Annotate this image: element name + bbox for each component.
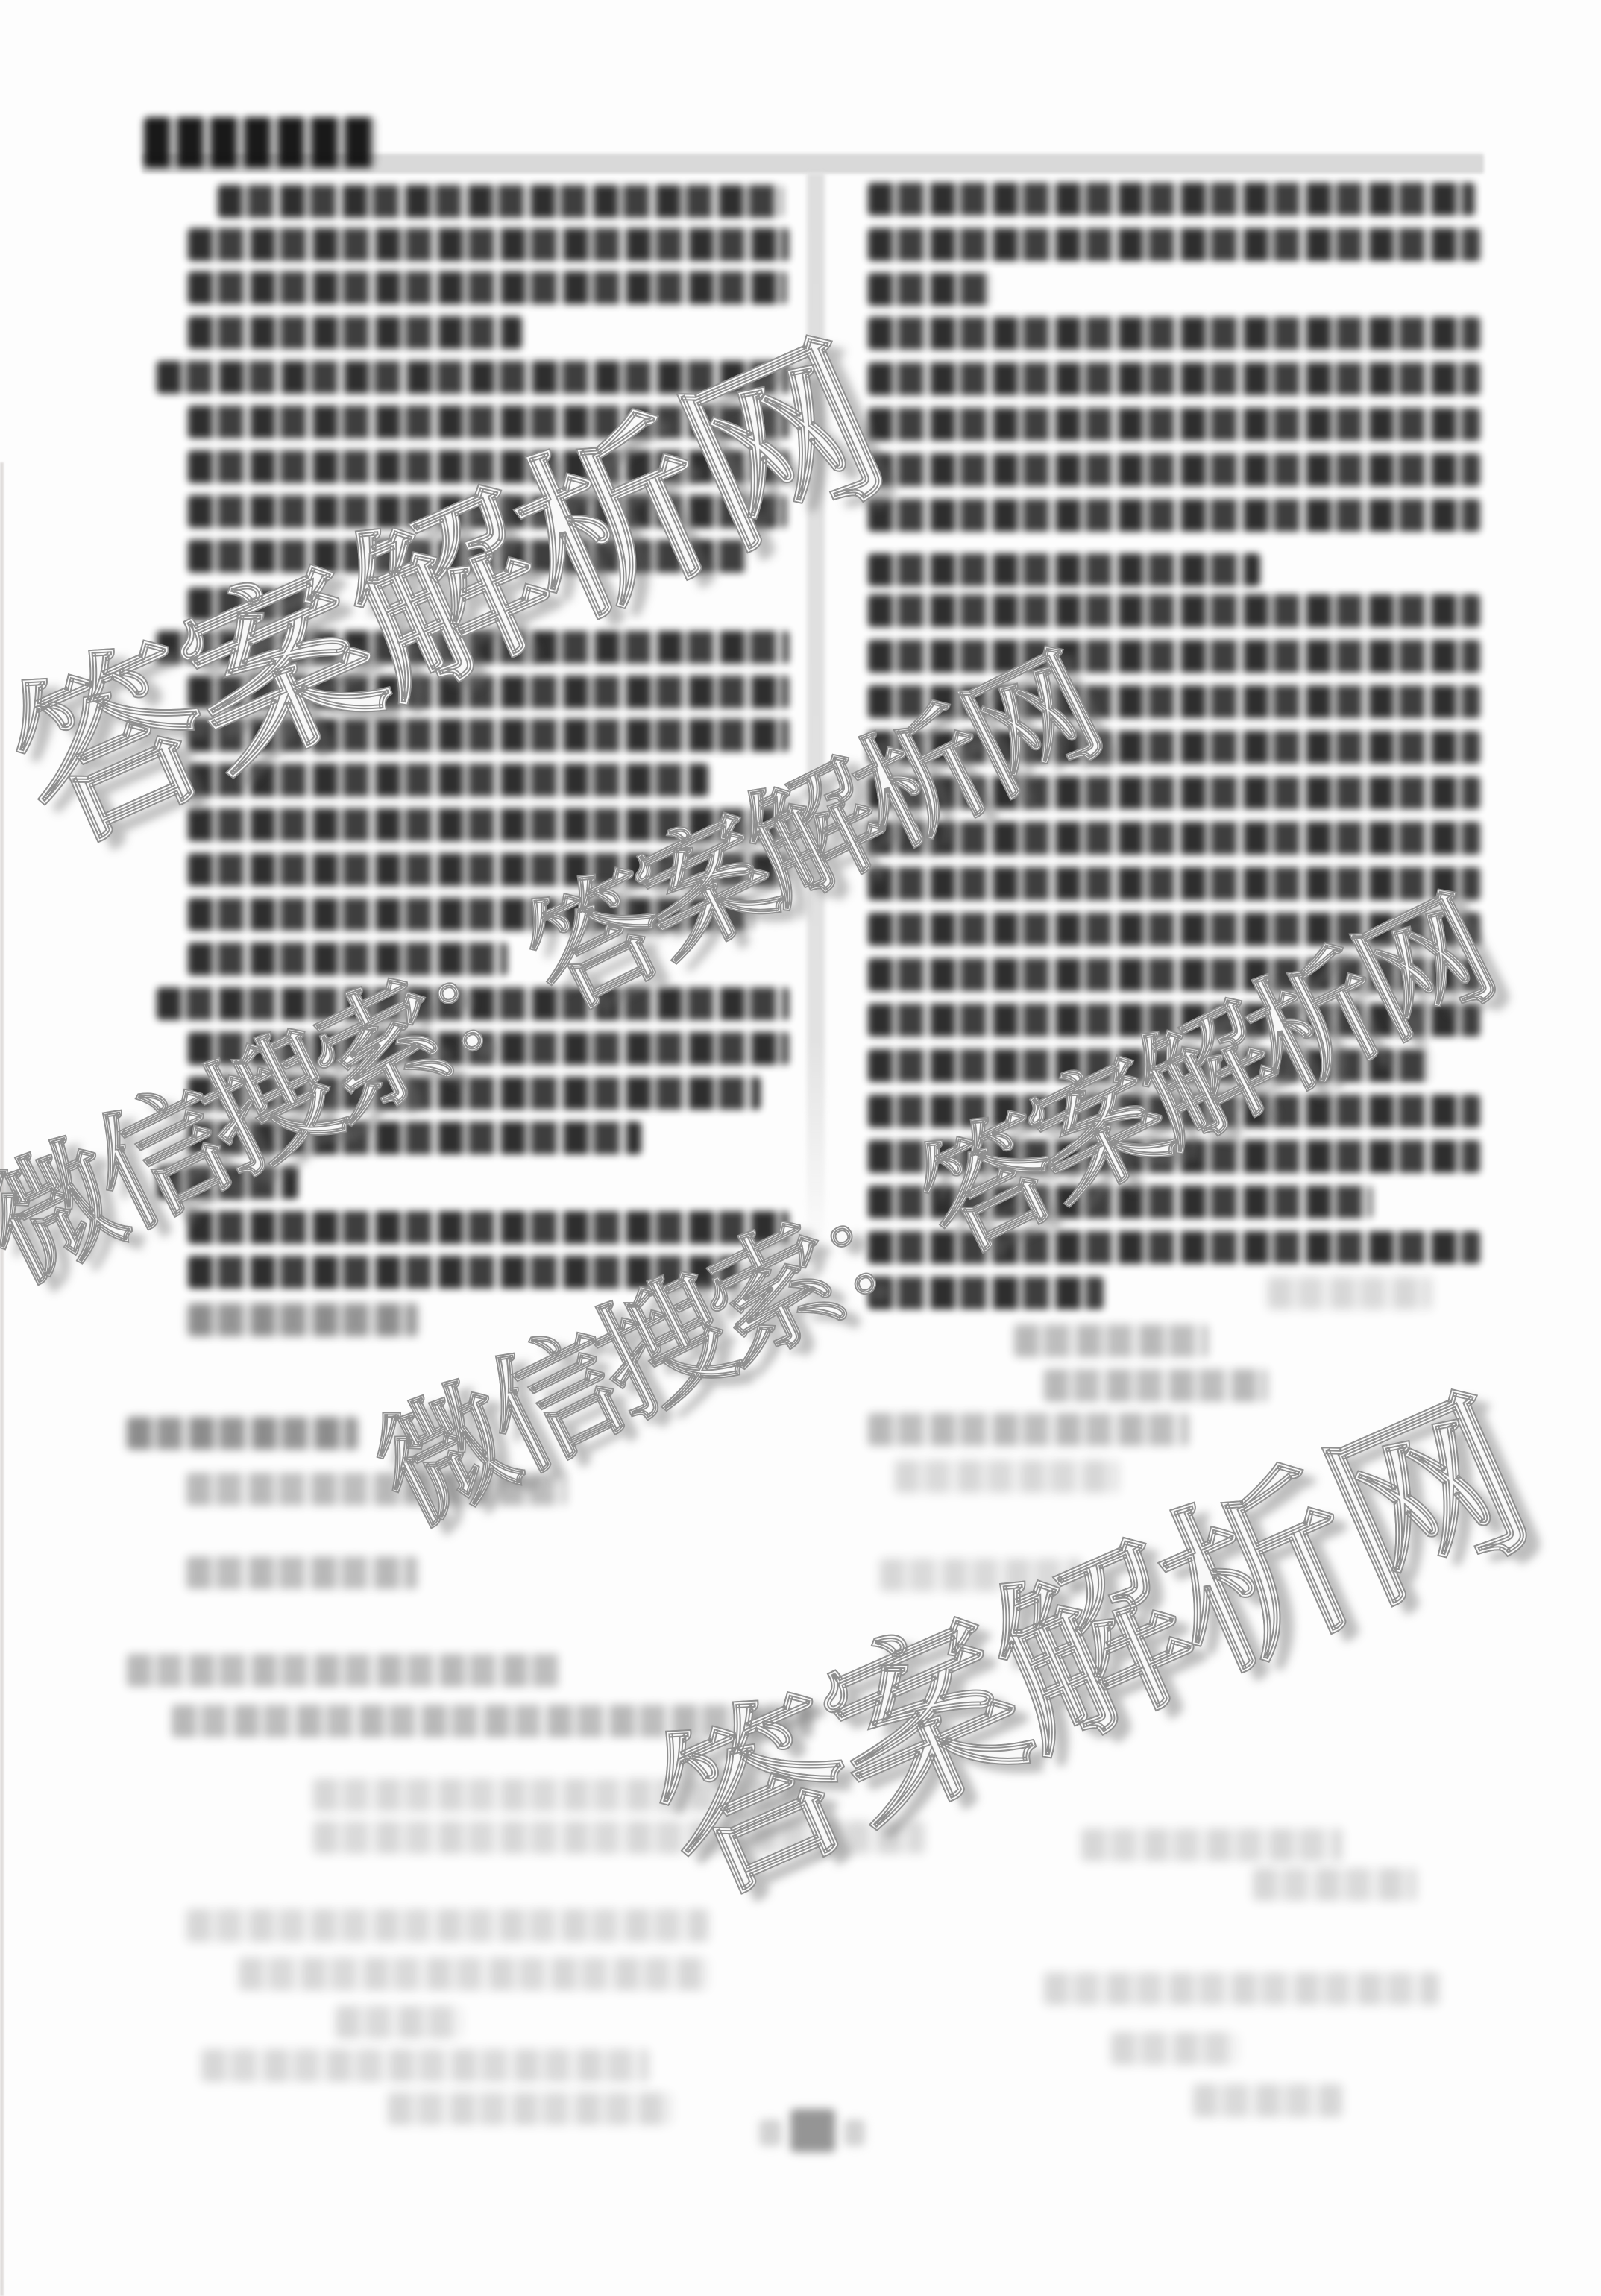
page-number-dash xyxy=(844,2119,865,2146)
right-column-text-line-blurred xyxy=(868,453,1480,486)
left-column-text-line-blurred xyxy=(186,1556,418,1589)
right-column-text-line-blurred xyxy=(1081,1828,1342,1861)
left-column-text-line-blurred xyxy=(239,1957,708,1990)
right-column-text-line-blurred xyxy=(1044,1972,1439,2005)
right-column-text-line-blurred xyxy=(868,317,1480,350)
right-column-text-line-blurred xyxy=(868,362,1480,395)
left-column-text-line-blurred xyxy=(218,185,783,218)
left-column-text-line-blurred xyxy=(188,271,787,304)
right-column-text-line-blurred xyxy=(868,183,1475,216)
scanned-answer-page: 答案解析网微信搜索：答案解析网微信搜索：答案解析网答案解析网 xyxy=(0,0,1601,2296)
right-column-text-line-blurred xyxy=(868,640,1480,673)
left-column-text-line-blurred xyxy=(336,2006,462,2039)
right-column-text-line-blurred xyxy=(868,408,1480,441)
right-column-text-line-blurred xyxy=(868,1413,1189,1446)
right-column-text-line-blurred xyxy=(895,1460,1119,1493)
left-column-text-line-blurred xyxy=(188,228,789,261)
left-column-text-line-blurred xyxy=(201,2049,649,2082)
right-column-text-line-blurred xyxy=(868,228,1480,261)
right-column-text-line-blurred xyxy=(1253,1868,1417,1901)
right-column-text-line-blurred xyxy=(1044,1369,1268,1402)
right-column-text-line-blurred xyxy=(1014,1324,1208,1357)
left-column-text-line-blurred xyxy=(188,1303,418,1336)
right-column-text-line-blurred xyxy=(868,553,1260,586)
right-column-text-line-blurred xyxy=(1268,1277,1432,1309)
right-column-text-line-blurred xyxy=(1193,2084,1342,2117)
left-column-text-line-blurred xyxy=(127,1417,358,1450)
right-column-text-line-blurred xyxy=(868,273,992,306)
right-column-text-line-blurred xyxy=(868,594,1480,627)
right-column-text-line-blurred xyxy=(868,867,1480,900)
right-column-text-line-blurred xyxy=(1111,2032,1238,2065)
page-number-blurred xyxy=(790,2109,835,2152)
left-column-text-line-blurred xyxy=(127,1654,559,1687)
left-column-text-line-blurred xyxy=(388,2092,671,2125)
page-number-dash xyxy=(759,2119,781,2146)
page-title-blurred xyxy=(144,117,377,168)
left-column-text-line-blurred xyxy=(188,1211,789,1244)
page-edge-shadow xyxy=(0,462,4,2296)
left-column-text-line-blurred xyxy=(188,316,522,349)
left-column-text-line-blurred xyxy=(186,1909,708,1942)
right-column-text-line-blurred xyxy=(868,499,1480,532)
